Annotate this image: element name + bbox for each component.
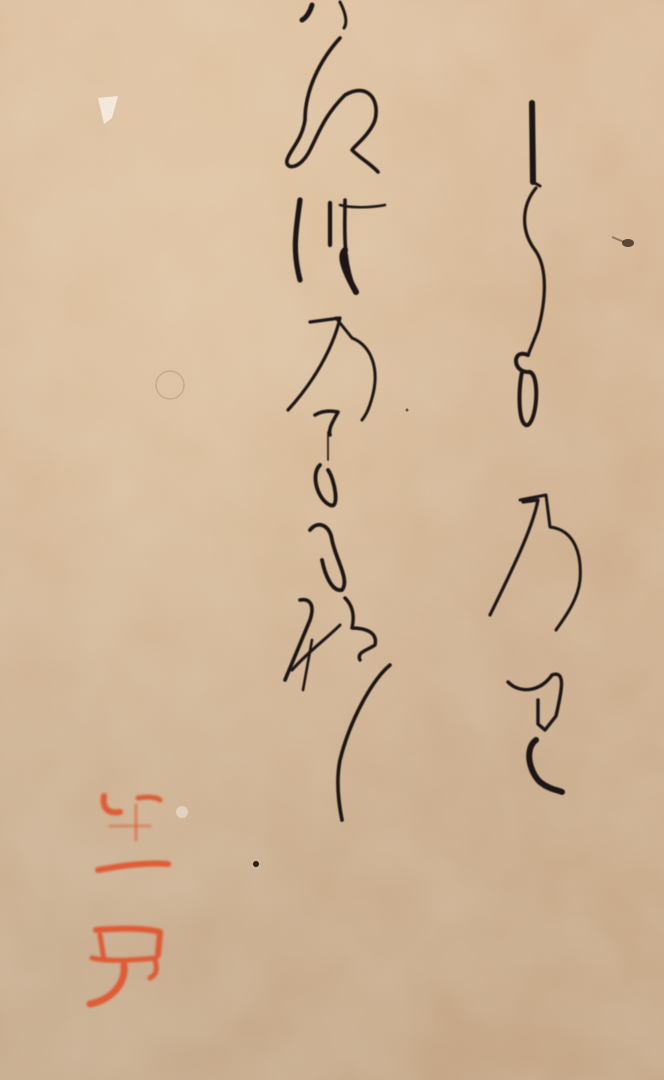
aged-paper: しもの里 (か)ねはのなか… 二字印 (two vermilion charac… <box>0 0 664 1080</box>
vermilion-seal <box>0 0 664 1080</box>
seal-char-2 <box>96 929 160 955</box>
seal-char-1 <box>104 796 120 812</box>
